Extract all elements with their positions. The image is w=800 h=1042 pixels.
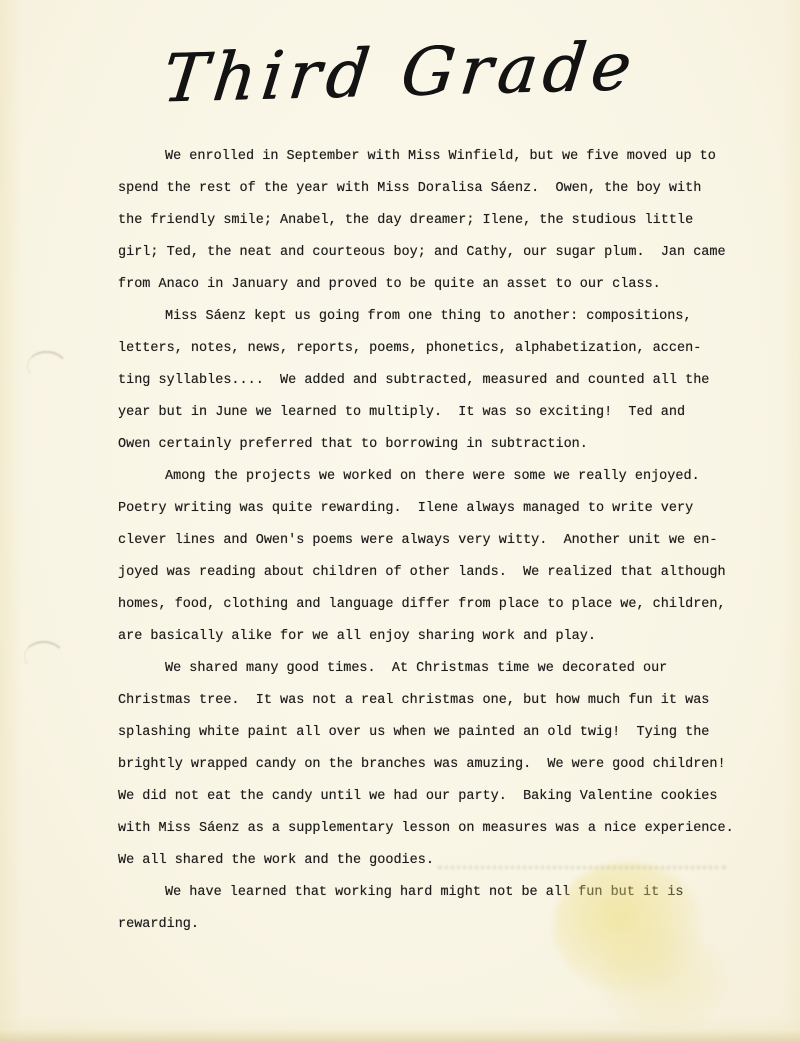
paper-edge-shadow xyxy=(0,1030,800,1042)
paragraph: Among the projects we worked on there we… xyxy=(118,461,766,653)
text-line: are basically alike for we all enjoy sha… xyxy=(118,621,766,653)
text-line: splashing white paint all over us when w… xyxy=(118,717,766,749)
text-line: We did not eat the candy until we had ou… xyxy=(118,781,766,813)
paragraph: We enrolled in September with Miss Winfi… xyxy=(118,141,766,301)
text-line: from Anaco in January and proved to be q… xyxy=(118,269,766,301)
text-line: Among the projects we worked on there we… xyxy=(118,461,766,493)
text-line: We shared many good times. At Christmas … xyxy=(118,653,766,685)
text-line: Owen certainly preferred that to borrowi… xyxy=(118,429,766,461)
paragraph: We shared many good times. At Christmas … xyxy=(118,653,766,877)
text-line: ting syllables.... We added and subtract… xyxy=(118,365,766,397)
text-line: Miss Sáenz kept us going from one thing … xyxy=(118,301,766,333)
text-line: the friendly smile; Anabel, the day drea… xyxy=(118,205,766,237)
stain-halo xyxy=(598,930,728,1030)
text-line: clever lines and Owen's poems were alway… xyxy=(118,525,766,557)
text-line: homes, food, clothing and language diffe… xyxy=(118,589,766,621)
text-line: Christmas tree. It was not a real christ… xyxy=(118,685,766,717)
document-page: Third Grade We enrolled in September wit… xyxy=(0,0,800,1042)
text-line: brightly wrapped candy on the branches w… xyxy=(118,749,766,781)
text-line: with Miss Sáenz as a supplementary lesso… xyxy=(118,813,766,845)
text-line: letters, notes, news, reports, poems, ph… xyxy=(118,333,766,365)
emboss-arc xyxy=(25,349,69,385)
ghost-impression xyxy=(438,866,726,869)
emboss-arc xyxy=(23,640,66,675)
text-line: Poetry writing was quite rewarding. Ilen… xyxy=(118,493,766,525)
text-line: girl; Ted, the neat and courteous boy; a… xyxy=(118,237,766,269)
body-text: We enrolled in September with Miss Winfi… xyxy=(118,141,766,941)
text-line: spend the rest of the year with Miss Dor… xyxy=(118,173,766,205)
text-line: joyed was reading about children of othe… xyxy=(118,557,766,589)
page-title: Third Grade xyxy=(0,23,800,121)
paragraph: Miss Sáenz kept us going from one thing … xyxy=(118,301,766,461)
text-line: year but in June we learned to multiply.… xyxy=(118,397,766,429)
text-line: We enrolled in September with Miss Winfi… xyxy=(118,141,766,173)
